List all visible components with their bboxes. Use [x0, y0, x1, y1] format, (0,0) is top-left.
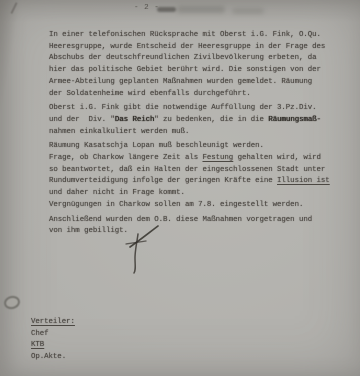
- text-line: der Soldatenheime wird ebenfalls durchge…: [49, 89, 335, 101]
- text-segment: gehalten wird, wird: [233, 154, 321, 162]
- distribution-item-op-akte: Op.Akte.: [31, 352, 75, 364]
- text-line: und der Div. "Das Reich" zu bedenken, di…: [49, 115, 335, 127]
- paragraph-telephone-call: In einer telefonischen Rücksprache mit O…: [49, 30, 335, 100]
- handwritten-approval-mark: [118, 220, 166, 276]
- paragraph-festung-frage: Frage, ob Charkow längere Zeit als Festu…: [49, 153, 335, 200]
- text-segment-heavy: Räumungsmaß-: [268, 116, 321, 124]
- ink-smudge-icon: [157, 7, 176, 12]
- underlined-word-illusion: Illusion ist: [277, 177, 330, 185]
- text-line: und daher nicht in Frage kommt.: [49, 188, 335, 200]
- distribution-list: Verteiler: Chef KTB Op.Akte.: [31, 317, 75, 364]
- paragraph-vergnuegungen: Vergnügungen in Charkow sollen am 7.8. e…: [49, 200, 335, 212]
- paragraph-billigung: Anschließend wurden dem O.B. diese Maßna…: [49, 215, 335, 238]
- distribution-item-ktb: KTB: [31, 340, 75, 352]
- pencil-corner-mark: [10, 2, 17, 13]
- document-body: In einer telefonischen Rücksprache mit O…: [49, 30, 335, 241]
- text-line: Heeresgruppe, wurde Entscheid der Heeres…: [49, 42, 335, 54]
- text-line: Oberst i.G. Fink gibt die notwendige Auf…: [49, 103, 335, 115]
- text-line: Vergnügungen in Charkow sollen am 7.8. e…: [49, 200, 335, 212]
- ink-smudge-icon: [177, 6, 225, 13]
- text-line: Frage, ob Charkow längere Zeit als Festu…: [49, 153, 335, 165]
- page-number: - 2 -: [134, 4, 159, 12]
- ink-smudge-icon: [232, 8, 264, 14]
- division-name-das-reich: Das Reich: [115, 116, 154, 124]
- text-segment: und der Div. ": [49, 116, 115, 124]
- text-line: Rundumverteidigung infolge der geringen …: [49, 176, 335, 188]
- text-line: Räumung Kasatschja Lopan muß beschleunig…: [49, 141, 335, 153]
- text-line: Abschubs der deutschfreundlichen Zivilbe…: [49, 53, 335, 65]
- text-segment: " zu bedenken, die in die: [154, 116, 268, 124]
- distribution-heading: Verteiler:: [31, 317, 75, 329]
- distribution-item-chef: Chef: [31, 329, 75, 341]
- text-line: nahmen einkalkuliert werden muß.: [49, 127, 335, 139]
- underlined-word-festung: Festung: [202, 154, 233, 162]
- text-segment: Rundumverteidigung infolge der geringen …: [49, 177, 277, 185]
- text-line: Armee-Abteilung geplanten Maßnahmen wurd…: [49, 77, 335, 89]
- text-segment: Frage, ob Charkow längere Zeit als: [49, 154, 202, 162]
- text-line: hier das politische Gebiet berührt wird.…: [49, 65, 335, 77]
- scanned-document-page: - 2 - In einer telefonischen Rücksprache…: [0, 0, 360, 376]
- paragraph-raeumung: Räumung Kasatschja Lopan muß beschleunig…: [49, 141, 335, 153]
- punch-hole-icon: [3, 294, 22, 310]
- text-line: In einer telefonischen Rücksprache mit O…: [49, 30, 335, 42]
- text-line: so beantwortet, daß ein Halten der einge…: [49, 165, 335, 177]
- text-line: Anschließend wurden dem O.B. diese Maßna…: [49, 215, 335, 227]
- paragraph-divisions: Oberst i.G. Fink gibt die notwendige Auf…: [49, 103, 335, 138]
- text-line: von ihm gebilligt.: [49, 226, 335, 238]
